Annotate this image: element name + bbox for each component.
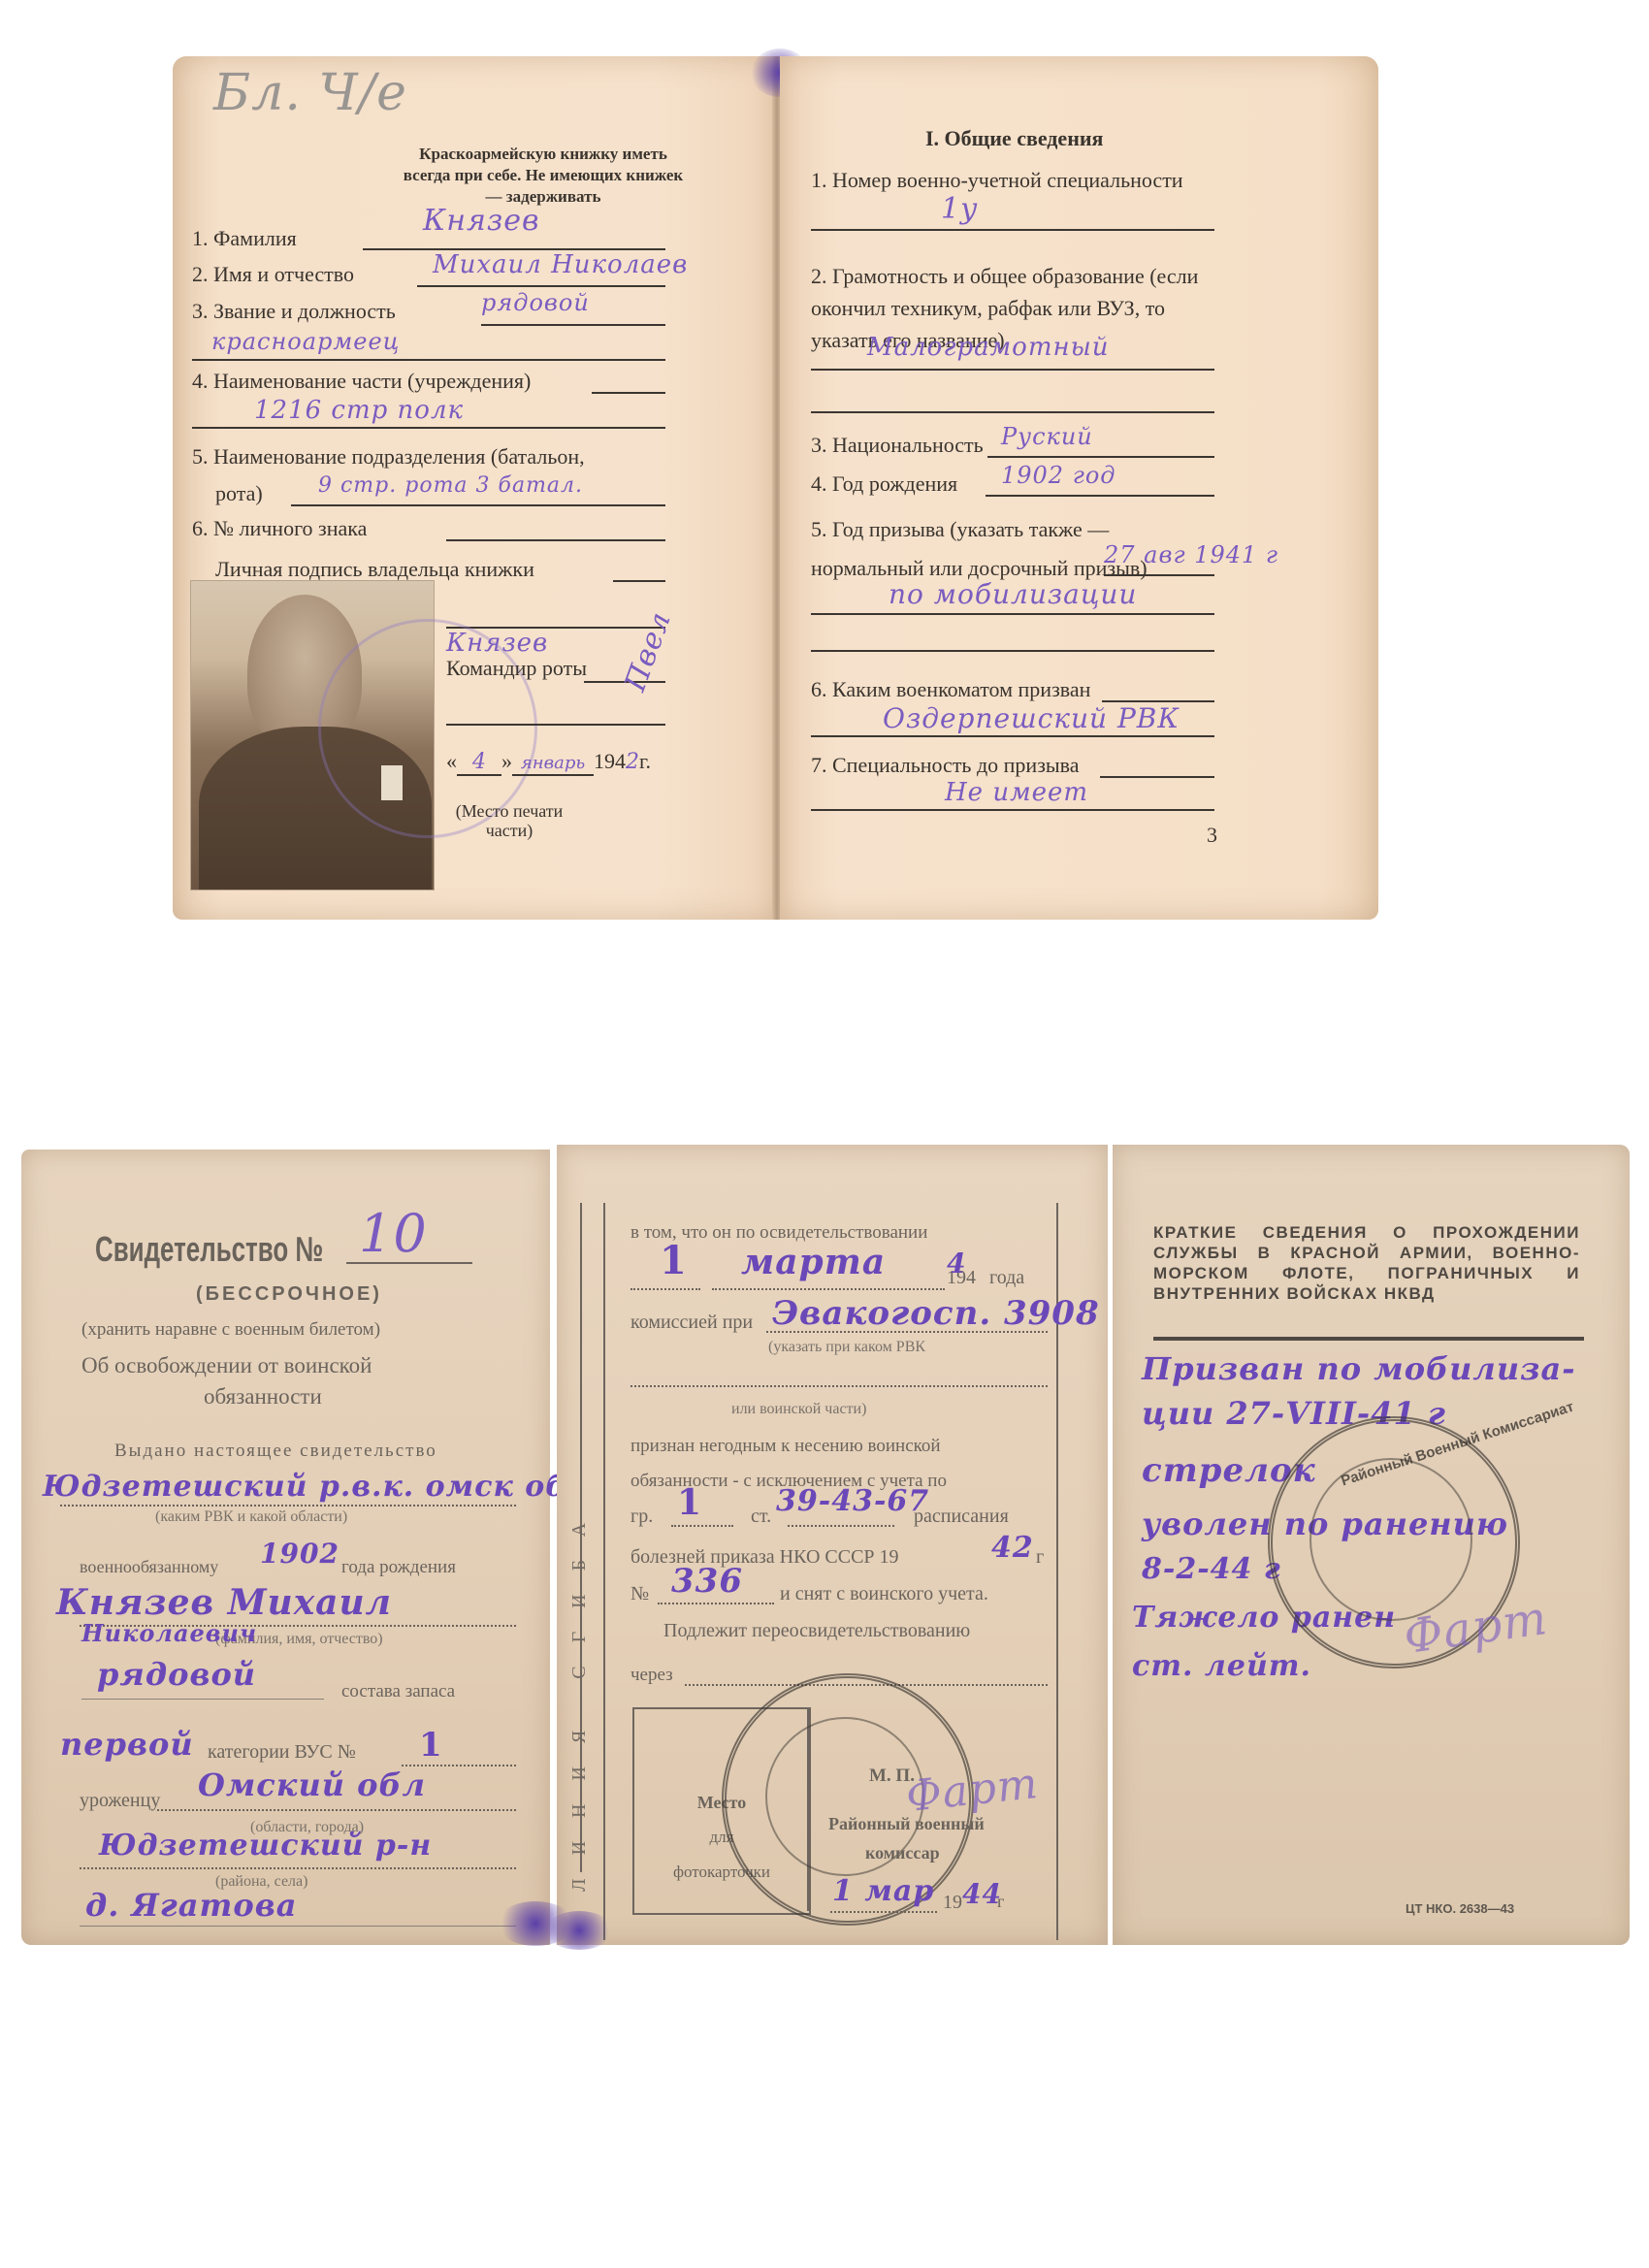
military-office-label: 6. Каким военкоматом призван [811,677,1090,702]
order-year-value: 42 [991,1531,1034,1565]
commission-caption-1: (указать при каком РВК [768,1339,925,1356]
certificate-heading-1: Об освобождении от воинской [81,1353,372,1378]
full-name-value: Князев Михаил [56,1582,392,1623]
unit-value: 1216 стр полк [254,396,464,425]
printer-mark: ЦТ НКО. 2638—43 [1406,1901,1514,1916]
certificate-note: (хранить наравне с военным билетом) [81,1319,380,1341]
nationality-label: 3. Национальность [811,433,984,458]
exam-month-value: марта [741,1242,886,1282]
certificate-panel-1: Свидетельство № 10 (БЕССРОЧНОЕ) (хранить… [21,1150,550,1945]
certificate-title: Свидетельство № [95,1229,323,1270]
exam-year-value: 4 [947,1247,966,1280]
issued-label: Выдано настоящее свидетельство [114,1441,437,1462]
military-office-value: Оздерпешский РВК [883,702,1180,734]
order-no-label: № [630,1583,649,1605]
red-army-book: Бл. Ч/е Краскоармейскую книжку иметь все… [173,56,1378,920]
birth-year-value: 1902 год [1001,462,1116,489]
commissar-title-1: Районный военный [828,1814,985,1834]
certificate-number: 10 [359,1203,428,1264]
certificate-panel-2: ЛИНИЯ СГИБА в том, что он по освидетельс… [557,1145,1108,1945]
sign-year-value: 44 [962,1878,1002,1910]
order-no-value: 336 [671,1562,743,1601]
native-label: уроженцу [80,1790,160,1812]
schedule-word: расписания [914,1506,1009,1528]
sign-year-suffix: г [997,1892,1004,1912]
rvk-caption: (каким РВК и какой области) [155,1508,347,1526]
education-value: Малограмотный [867,333,1110,362]
rank-value: рядовой [97,1656,256,1693]
issue-date: «4»январь1942г. [446,749,651,776]
district-value: Юдзетешский р-н [99,1829,432,1863]
through-label: через [630,1665,673,1686]
owner-signature-label: Личная подпись владельца книжки [215,557,534,582]
order-year-suffix: г [1036,1546,1044,1569]
section-title: I. Общие сведения [925,126,1103,151]
birth-year-value: 1902 [260,1538,339,1570]
article-value: 39-43-67 [776,1484,929,1518]
birth-prefix: военнообязанному [80,1557,218,1577]
commission-value: Эвакогосп. 3908 [772,1294,1100,1333]
service-summary-heading: КРАТКИЕ СВЕДЕНИЯ О ПРОХОЖДЕНИИ СЛУЖБЫ В … [1153,1222,1580,1304]
unit-label: 4. Наименование части (учреждения) [192,369,531,394]
sign-date-value: 1 мар [832,1874,934,1908]
verdict-line-1: признан негодным к несению воинской [630,1436,941,1457]
conscription-date-value: 27 авг 1941 г [1104,541,1278,568]
subunit-label: 5. Наименование подразделения (батальон, [192,444,585,470]
specialty-number-label: 1. Номер военно-учетной специальности [811,168,1183,193]
carry-notice: Краскоармейскую книжку иметь всегда при … [398,144,689,208]
birth-suffix: года рождения [341,1557,456,1578]
service-entry-1: Призван по мобилиза- [1142,1350,1576,1387]
subunit-value: 9 стр. рота 3 батал. [318,473,583,498]
conscription-type-value: по мобилизации [889,578,1137,610]
page-number: 3 [1207,823,1217,848]
certificate-panel-3: КРАТКИЕ СВЕДЕНИЯ О ПРОХОЖДЕНИИ СЛУЖБЫ В … [1113,1145,1630,1945]
exam-day-value: 1 [660,1238,688,1283]
village-value: д. Ягатова [85,1887,297,1924]
name-value: Михаил Николаев [433,250,688,279]
commissar-title-2: комиссар [865,1843,940,1863]
rank-label: 3. Звание и должность [192,299,396,324]
red-army-book-right-page: I. Общие сведения 1. Номер военно-учетно… [780,56,1378,920]
surname-label: 1. Фамилия [192,226,297,251]
position-value: красноармеец [211,328,400,355]
seal-caption: (Место печати части) [446,801,572,840]
red-army-book-left-page: Бл. Ч/е Краскоармейскую книжку иметь все… [173,56,776,920]
certificate-subtitle: (БЕССРОЧНОЕ) [196,1283,382,1306]
surname-value: Князев [423,204,539,238]
rank-value: рядовой [481,289,590,316]
group-label: гр. [630,1506,653,1528]
commander-signature: Пвел [618,607,678,696]
sign-year-prefix: 19 [943,1892,962,1914]
specialty-number-value: 1у [941,192,979,226]
commander-label: Командир роты [446,656,587,681]
commission-caption-2: или воинской части) [731,1401,866,1418]
vus-number-value: 1 [419,1726,443,1765]
prior-specialty-value: Не имеет [945,778,1088,807]
prior-specialty-label: 7. Специальность до призыва [811,753,1080,778]
exemption-certificate: Свидетельство № 10 (БЕССРОЧНОЕ) (хранить… [21,1145,1630,1945]
rank-suffix: состава запаса [341,1681,455,1702]
service-entry-5: 8-2-44 г [1142,1552,1281,1586]
service-entry-7: ст. лейт. [1132,1649,1311,1683]
region-value: Омский обл [198,1766,426,1803]
id-tag-label: 6. № личного знака [192,516,367,541]
subunit-label-cont: рота) [215,481,263,506]
commission-label: комиссией при [630,1312,753,1334]
pencil-note: Бл. Ч/е [213,64,407,122]
nationality-value: Руский [1001,423,1093,450]
group-value: 1 [677,1482,702,1523]
certificate-heading-2: обязанности [204,1384,322,1409]
patronymic-value: Николаевич [81,1619,257,1647]
rvk-value: Юдзетешский р.в.к. омск обл [43,1470,590,1504]
category-value: первой [60,1726,194,1763]
name-label: 2. Имя и отчество [192,262,354,287]
removed-from-registry: и снят с воинского учета. [780,1583,988,1605]
category-label: категории ВУС № [208,1741,356,1764]
reexam-label: Подлежит переосвидетельствованию [663,1620,970,1642]
article-label: ст. [751,1506,771,1528]
birth-year-label: 4. Год рождения [811,471,957,497]
